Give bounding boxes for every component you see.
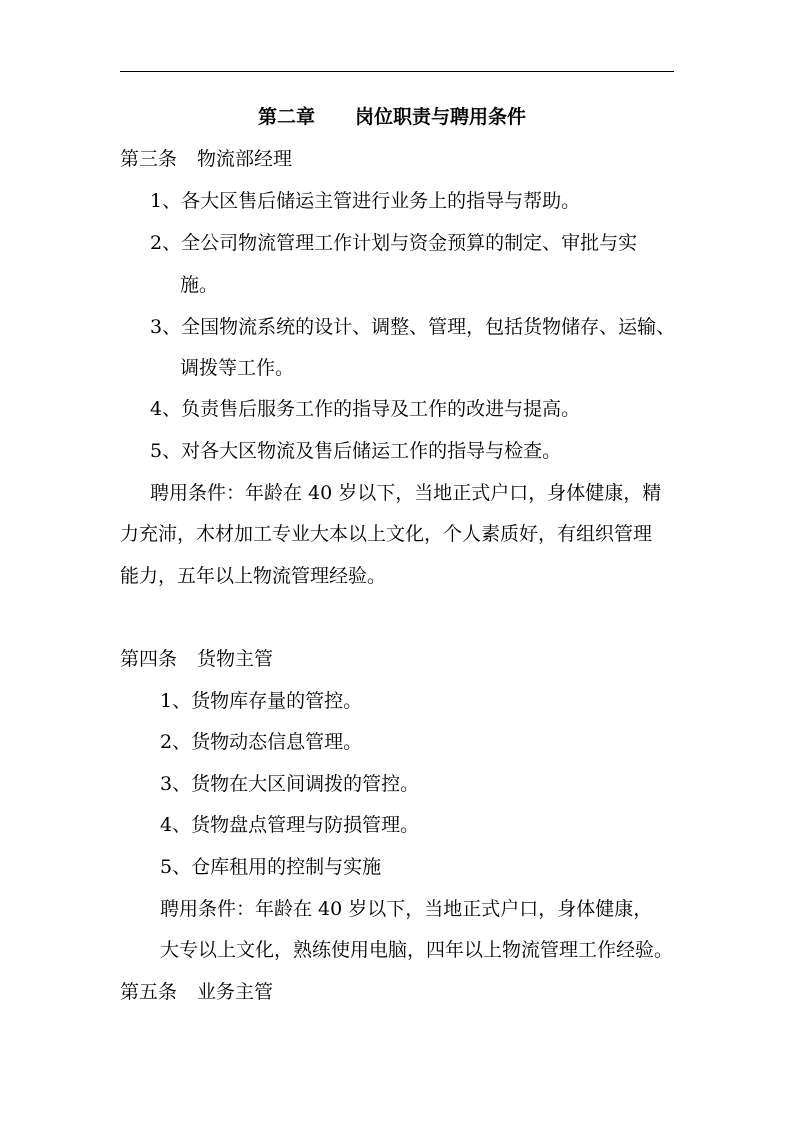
- section-title: 货物主管: [197, 648, 273, 670]
- conditions-text: 力充沛，木材加工专业大本以上文化，个人素质好，有组织管理: [120, 522, 652, 546]
- list-item: 4、货物盘点管理与防损管理。: [160, 813, 419, 837]
- section-heading: 第三条物流部经理: [120, 147, 292, 171]
- section-title: 业务主管: [197, 981, 273, 1003]
- conditions-text: 大专以上文化，熟练使用电脑，四年以上物流管理工作经验。: [160, 938, 673, 962]
- list-item-continuation: 施。: [180, 273, 218, 297]
- list-item: 2、货物动态信息管理。: [160, 730, 362, 754]
- section-number: 第五条: [120, 981, 177, 1003]
- list-item: 3、全国物流系统的设计、调整、管理，包括货物储存、运输、: [150, 315, 675, 339]
- list-item: 4、负责售后服务工作的指导及工作的改进与提高。: [150, 397, 580, 421]
- section-heading: 第四条货物主管: [120, 647, 273, 671]
- list-item: 2、全公司物流管理工作计划与资金预算的制定、审批与实: [150, 231, 637, 255]
- list-item: 5、对各大区物流及售后储运工作的指导与检查。: [150, 439, 561, 463]
- header-rule: [120, 71, 674, 72]
- chapter-text: 岗位职责与聘用条件: [355, 106, 526, 128]
- list-item: 1、各大区售后储运主管进行业务上的指导与帮助。: [150, 189, 580, 213]
- section-number: 第四条: [120, 648, 177, 670]
- list-item-continuation: 调拨等工作。: [180, 356, 294, 380]
- conditions-text: 聘用条件：年龄在 40 岁以下，当地正式户口，身体健康，: [160, 897, 652, 921]
- list-item: 5、仓库租用的控制与实施: [160, 855, 381, 879]
- section-number: 第三条: [120, 148, 177, 170]
- section-title: 物流部经理: [197, 148, 292, 170]
- list-item: 1、货物库存量的管控。: [160, 689, 362, 713]
- conditions-text: 聘用条件：年龄在 40 岁以下，当地正式户口，身体健康，精: [150, 481, 661, 505]
- conditions-text: 能力，五年以上物流管理经验。: [120, 564, 386, 588]
- section-heading: 第五条业务主管: [120, 980, 273, 1004]
- list-item: 3、货物在大区间调拨的管控。: [160, 772, 419, 796]
- chapter-number: 第二章: [258, 106, 315, 128]
- chapter-title: 第二章岗位职责与聘用条件: [258, 105, 526, 129]
